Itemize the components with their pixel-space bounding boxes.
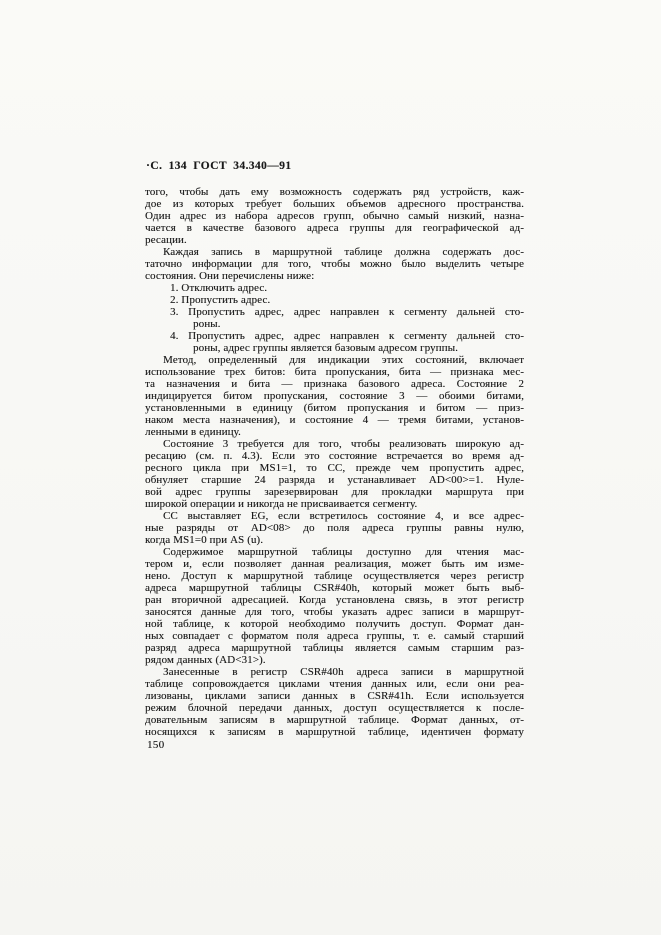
text-line: обнуляет старшие 24 разряда и устанавлив… [145,474,524,486]
list-item-line: 2. Пропустить адрес. [145,294,524,306]
text-line: того, чтобы дать ему возможность содержа… [145,186,524,198]
text-line: заносятся данные для того, чтобы указать… [145,606,524,618]
page-body: того, чтобы дать ему возможность содержа… [145,186,524,738]
text-line: ресации. [145,234,524,246]
text-line: разряд адреса маршрутной таблицы являетс… [145,642,524,654]
text-line: ресацию (см. п. 4.3). Если это состояние… [145,450,524,462]
text-line: лизованы, циклами записи данных в CSR#41… [145,690,524,702]
text-line: индицируется битом пропускания, состояни… [145,390,524,402]
text-line: ной таблице, к которой необходимо получи… [145,618,524,630]
text-line: СС выставляет EG, если встретилось состо… [145,510,524,522]
text-line: довательным записям в маршрутной таблице… [145,714,524,726]
text-line: состояния. Они перечислены ниже: [145,270,524,282]
text-line: Метод, определенный для индикации этих с… [145,354,524,366]
text-line: тером и, если позволяет данная реализаци… [145,558,524,570]
numbered-list: 1. Отключить адрес. 2. Пропустить адрес.… [145,282,524,354]
text-line: адреса маршрутной таблицы CSR#40h, котор… [145,582,524,594]
text-line: когда MS1=0 при AS (u). [145,534,524,546]
list-item-line: 3. Пропустить адрес, адрес направлен к с… [145,306,524,318]
text-line: дое из которых требует больших объемов а… [145,198,524,210]
text-line: та назначения и бита — признака базового… [145,378,524,390]
running-header: ·С. 134 ГОСТ 34.340—91 [146,160,291,172]
list-item-line: 1. Отключить адрес. [145,282,524,294]
text-line: режим блочной передачи данных, доступ ос… [145,702,524,714]
text-line: Содержимое маршрутной таблицы доступно д… [145,546,524,558]
text-line: Каждая запись в маршрутной таблице должн… [145,246,524,258]
text-line: наком места назначения), и состояние 4 —… [145,414,524,426]
text-line: чается в качестве базового адреса группы… [145,222,524,234]
page-number: 150 [147,739,164,751]
text-line: ран вторичной адресацией. Когда установл… [145,594,524,606]
paragraph: Метод, определенный для индикации этих с… [145,354,524,438]
text-line: установленными в единицу (битом пропуска… [145,402,524,414]
list-item-line: роны, адрес группы является базовым адре… [145,342,524,354]
paragraph: того, чтобы дать ему возможность содержа… [145,186,524,246]
text-line: Занесенные в регистр CSR#40h адреса запи… [145,666,524,678]
text-line: ресного цикла при MS1=1, то СС, прежде ч… [145,462,524,474]
paragraph: Каждая запись в маршрутной таблице должн… [145,246,524,282]
text-line: широкой операции и никогда не присваивае… [145,498,524,510]
text-line: Состояние 3 требуется для того, чтобы ре… [145,438,524,450]
text-line: рядом данных (AD<31>). [145,654,524,666]
text-line: ленными в единицу. [145,426,524,438]
document-page: ·С. 134 ГОСТ 34.340—91 того, чтобы дать … [0,0,661,935]
text-line: носящихся к записям в маршрутной таблице… [145,726,524,738]
text-line: ных совпадает с форматом поля адреса гру… [145,630,524,642]
text-line: таблице сопровождается циклами чтения да… [145,678,524,690]
text-line: использование трех битов: бита пропускан… [145,366,524,378]
paragraph: Содержимое маршрутной таблицы доступно д… [145,546,524,666]
text-line: нено. Доступ к маршрутной таблице осущес… [145,570,524,582]
paragraph: Занесенные в регистр CSR#40h адреса запи… [145,666,524,738]
text-line: вой адрес группы зарезервирован для прок… [145,486,524,498]
paragraph: Состояние 3 требуется для того, чтобы ре… [145,438,524,510]
list-item-line: 4. Пропустить адрес, адрес направлен к с… [145,330,524,342]
text-line: Один адрес из набора адресов групп, обыч… [145,210,524,222]
paragraph: СС выставляет EG, если встретилось состо… [145,510,524,546]
text-line: ные разряды от AD<08> до поля адреса гру… [145,522,524,534]
list-item-line: роны. [145,318,524,330]
text-line: таточно информации для того, чтобы можно… [145,258,524,270]
